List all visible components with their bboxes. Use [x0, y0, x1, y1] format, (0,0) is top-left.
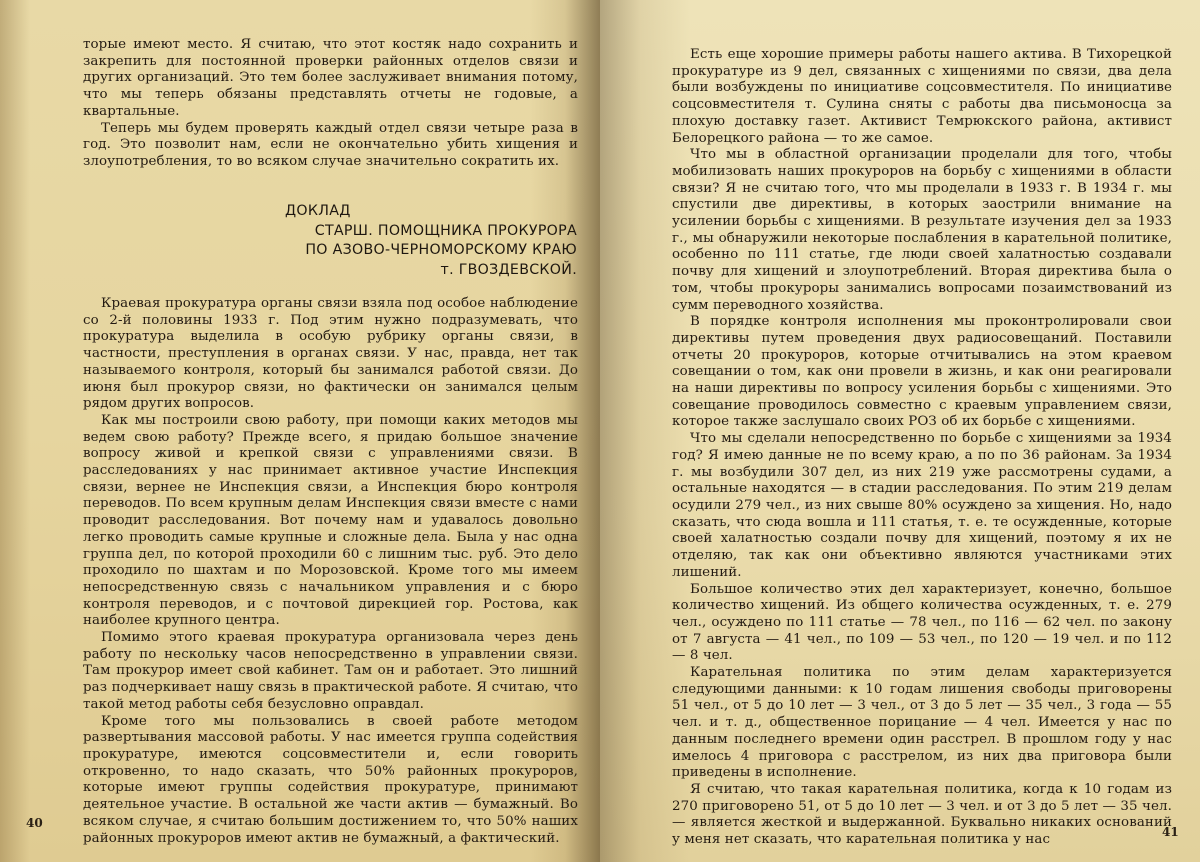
left-page: торые имеют место. Я считаю, что этот ко…	[0, 0, 600, 862]
page-number: 41	[1162, 825, 1179, 839]
paragraph: Как мы построили свою работу, при помощи…	[83, 413, 578, 630]
paragraph: Карательная политика по этим делам харак…	[672, 665, 1172, 782]
report-heading: ДОКЛАД СТАРШ. ПОМОЩНИКА ПРОКУРОРА ПО АЗО…	[285, 202, 577, 280]
paragraph: торые имеют место. Я считаю, что этот ко…	[83, 37, 578, 121]
paragraph: Помимо этого краевая прокуратура организ…	[83, 630, 578, 714]
right-page: Есть еще хорошие примеры работы нашего а…	[600, 0, 1200, 862]
paragraph: Теперь мы будем проверять каждый отдел с…	[83, 121, 578, 171]
left-page-body-text: Краевая прокуратура органы связи взяла п…	[83, 296, 578, 847]
paragraph: Что мы сделали непосредственно по борьбе…	[672, 431, 1172, 581]
paragraph: В порядке контроля исполнения мы проконт…	[672, 314, 1172, 431]
paragraph: Кроме того мы пользовались в своей работ…	[83, 714, 578, 848]
heading-line: ПО АЗОВО-ЧЕРНОМОРСКОМУ КРАЮ	[285, 241, 577, 261]
paragraph: Я считаю, что такая карательная политика…	[672, 782, 1172, 849]
paragraph: Что мы в областной организации проделали…	[672, 147, 1172, 314]
paragraph: Большое количество этих дел характеризуе…	[672, 582, 1172, 666]
right-page-text: Есть еще хорошие примеры работы нашего а…	[672, 47, 1172, 849]
heading-line: т. ГВОЗДЕВСКОЙ.	[285, 261, 577, 281]
heading-line: СТАРШ. ПОМОЩНИКА ПРОКУРОРА	[285, 222, 577, 242]
heading-line: ДОКЛАД	[285, 202, 577, 222]
book-spread: торые имеют место. Я считаю, что этот ко…	[0, 0, 1200, 862]
paragraph: Есть еще хорошие примеры работы нашего а…	[672, 47, 1172, 147]
left-page-top-text: торые имеют место. Я считаю, что этот ко…	[83, 37, 578, 171]
page-number: 40	[26, 816, 43, 830]
paragraph: Краевая прокуратура органы связи взяла п…	[83, 296, 578, 413]
